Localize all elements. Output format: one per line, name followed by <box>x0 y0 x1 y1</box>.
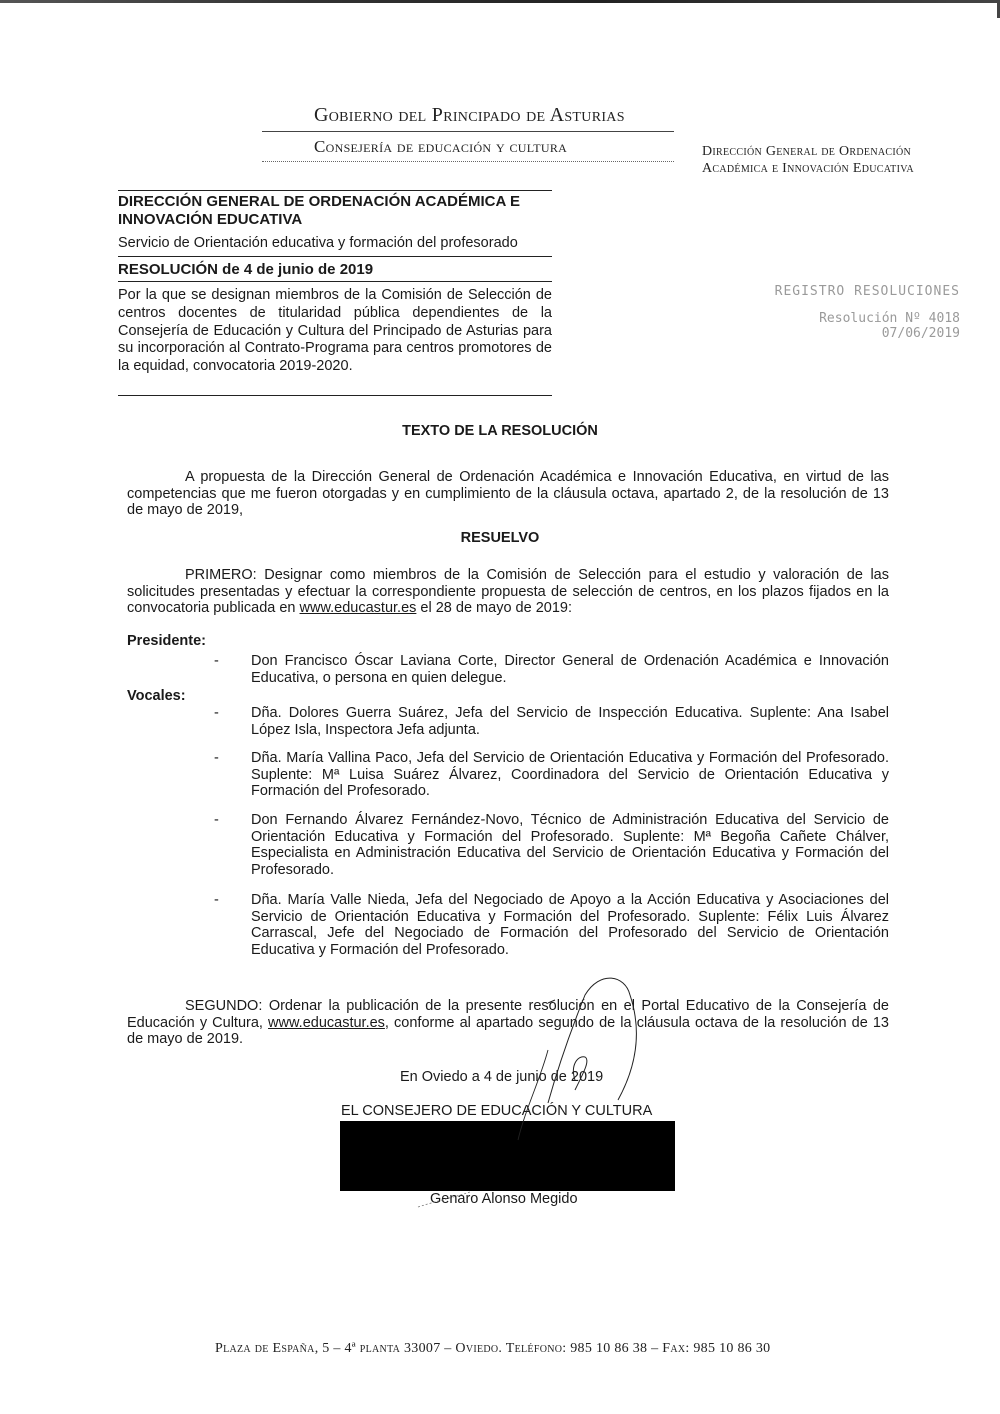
box-service: Servicio de Orientación educativa y form… <box>118 235 552 251</box>
vocal-entry: Dña. María Valle Nieda, Jefa del Negocia… <box>251 892 889 958</box>
bullet-dash: - <box>214 812 219 828</box>
registry-stamp: REGISTRO RESOLUCIONES Resolución Nº 4018… <box>740 284 960 341</box>
directorate-line: Académica e Innovación Educativa <box>702 160 914 177</box>
vocal-entry: Don Fernando Álvarez Fernández-Novo, Téc… <box>251 812 889 878</box>
stamp-number: Resolución Nº 4018 <box>740 311 960 326</box>
department-heading: Consejería de educación y cultura <box>314 137 567 157</box>
directorate-heading: Dirección General de Ordenación Académic… <box>702 143 914 177</box>
educastur-link[interactable]: www.educastur.es <box>268 1015 385 1031</box>
stamp-date: 07/06/2019 <box>740 326 960 341</box>
president-entry: Don Francisco Óscar Laviana Corte, Direc… <box>251 653 889 686</box>
place-date: En Oviedo a 4 de junio de 2019 <box>400 1069 603 1085</box>
section-title: TEXTO DE LA RESOLUCIÓN <box>0 423 1000 439</box>
resolution-title: RESOLUCIÓN de 4 de junio de 2019 <box>118 261 552 278</box>
header-divider <box>262 131 674 132</box>
vocal-entry: Dña. María Vallina Paco, Jefa del Servic… <box>251 750 889 800</box>
scan-top-border <box>0 0 1000 3</box>
box-directorate: DIRECCIÓN GENERAL DE ORDENACIÓN ACADÉMIC… <box>118 193 552 229</box>
header-divider <box>262 161 674 162</box>
box-rule <box>118 256 552 257</box>
box-rule <box>118 281 552 282</box>
directorate-line: Dirección General de Ordenación <box>702 143 914 160</box>
bullet-dash: - <box>214 750 219 766</box>
box-rule <box>118 190 552 191</box>
bullet-dash: - <box>214 653 219 669</box>
redacted-block <box>340 1121 675 1191</box>
primero-text-end: el 28 de mayo de 2019: <box>416 600 572 616</box>
intro-paragraph: A propuesta de la Dirección General de O… <box>127 469 889 519</box>
bullet-dash: - <box>214 892 219 908</box>
educastur-link[interactable]: www.educastur.es <box>300 600 417 616</box>
primero-paragraph: PRIMERO: Designar como miembros de la Co… <box>127 567 889 617</box>
bullet-dash: - <box>214 705 219 721</box>
resolution-description: Por la que se designan miembros de la Co… <box>118 287 552 376</box>
footer-address: Plaza de España, 5 – 4ª planta 33007 – O… <box>215 1341 770 1357</box>
vocales-label: Vocales: <box>127 688 186 704</box>
box-rule <box>118 395 552 396</box>
signatory-name: Genaro Alonso Megido <box>430 1191 578 1207</box>
resuelvo-heading: RESUELVO <box>0 530 1000 546</box>
stamp-title: REGISTRO RESOLUCIONES <box>740 284 960 299</box>
government-heading: Gobierno del Principado de Asturias <box>314 104 625 127</box>
president-label: Presidente: <box>127 633 206 649</box>
vocal-entry: Dña. Dolores Guerra Suárez, Jefa del Ser… <box>251 705 889 738</box>
segundo-paragraph: SEGUNDO: Ordenar la publicación de la pr… <box>127 998 889 1048</box>
signatory-role: EL CONSEJERO DE EDUCACIÓN Y CULTURA <box>341 1103 652 1119</box>
